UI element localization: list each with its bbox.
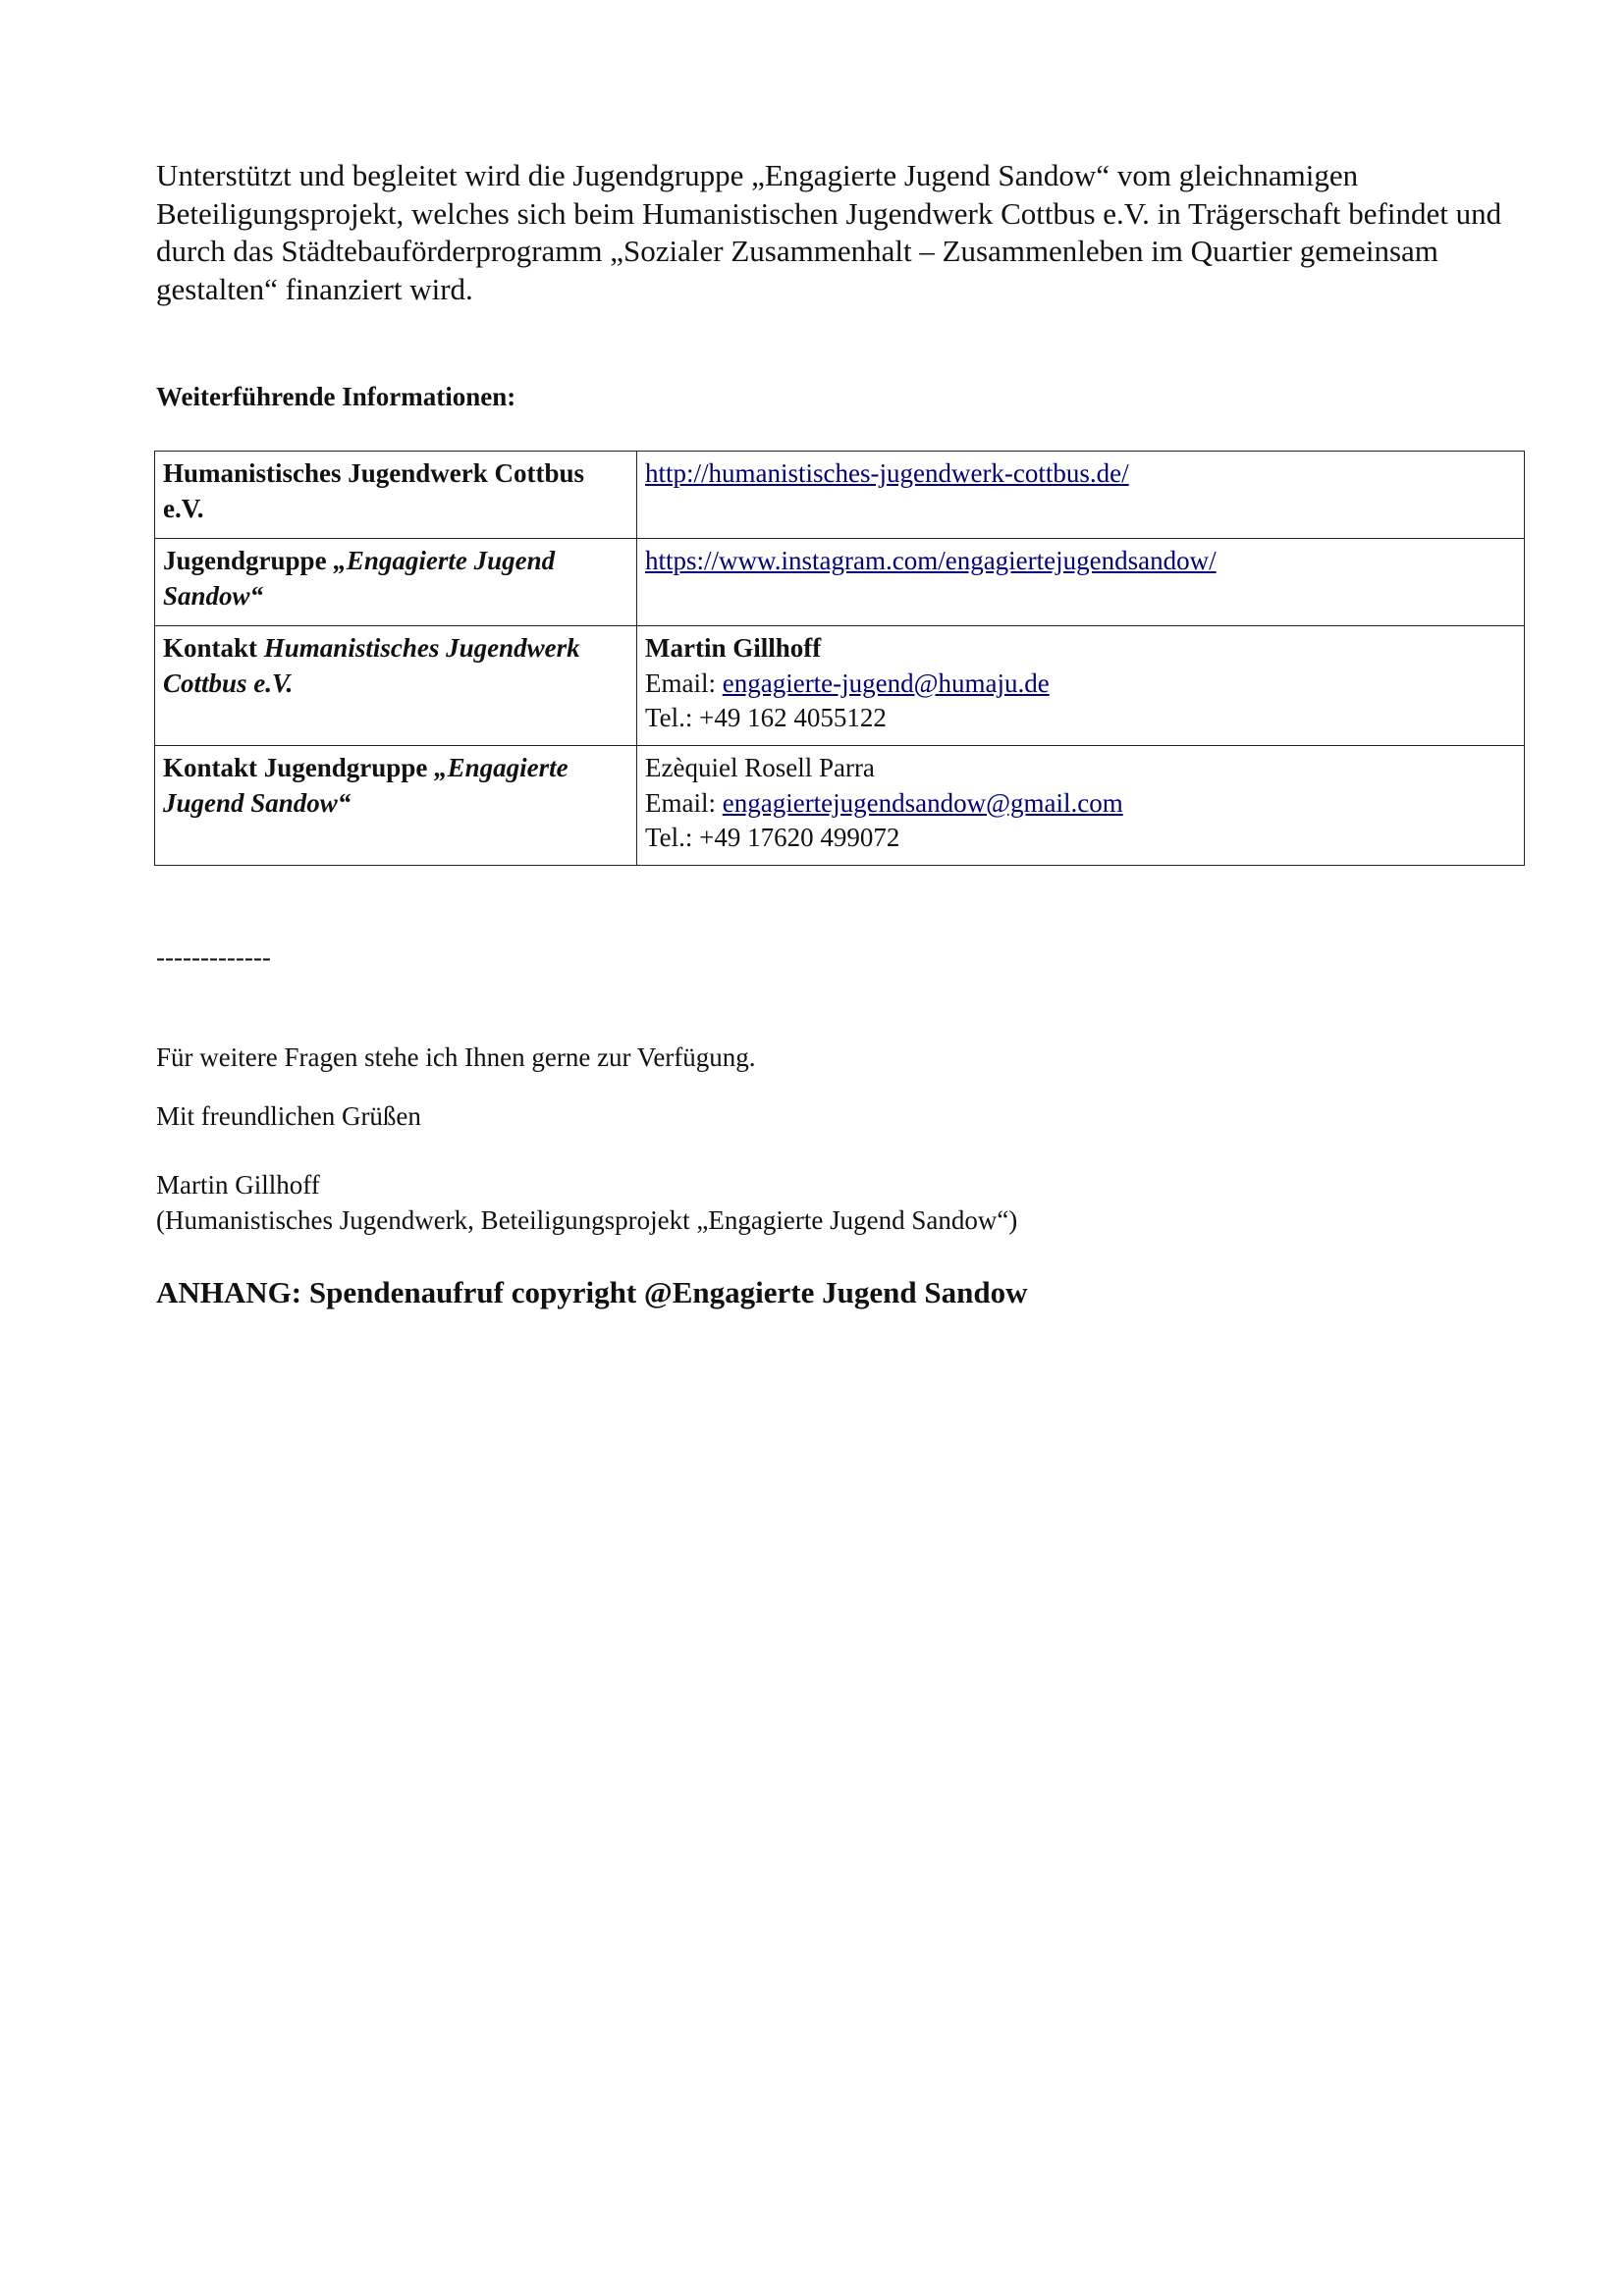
separator-line: ------------- — [156, 942, 271, 973]
section-heading: Weiterführende Informationen: — [156, 382, 515, 412]
questions-text: Für weitere Fragen stehe ich Ihnen gerne… — [156, 1041, 756, 1076]
table-row: Jugendgruppe „Engagierte Jugend Sandow“ … — [155, 539, 1525, 626]
attachment-note: ANHANG: Spendenaufruf copyright @Engagie… — [156, 1275, 1027, 1310]
table-cell-value: http://humanistisches-jugendwerk-cottbus… — [637, 452, 1525, 539]
label-text: Kontakt — [163, 633, 264, 663]
label-text: Humanistisches Jugendwerk Cottbus e.V. — [163, 458, 584, 523]
table-row: Kontakt Jugendgruppe „Engagierte Jugend … — [155, 746, 1525, 866]
email-link[interactable]: engagierte-jugend@humaju.de — [723, 668, 1050, 698]
table-row: Kontakt Humanistisches Jugendwerk Cottbu… — [155, 626, 1525, 746]
website-link[interactable]: http://humanistisches-jugendwerk-cottbus… — [645, 458, 1129, 488]
table-row: Humanistisches Jugendwerk Cottbus e.V. h… — [155, 452, 1525, 539]
email-label: Email: — [645, 668, 723, 698]
signature-name: Martin Gillhoff — [156, 1168, 320, 1203]
greeting-text: Mit freundlichen Grüßen — [156, 1099, 421, 1135]
contact-email-line: Email: engagiertejugendsandow@gmail.com — [645, 786, 1516, 822]
contact-phone: Tel.: +49 17620 499072 — [645, 821, 1516, 856]
table-cell-label: Jugendgruppe „Engagierte Jugend Sandow“ — [155, 539, 637, 626]
instagram-link[interactable]: https://www.instagram.com/engagiertejuge… — [645, 546, 1217, 575]
contact-phone: Tel.: +49 162 4055122 — [645, 701, 1516, 736]
label-text: Kontakt Jugendgruppe — [163, 753, 434, 782]
table-cell-value: Ezèquiel Rosell Parra Email: engagiertej… — [637, 746, 1525, 866]
contact-name: Ezèquiel Rosell Parra — [645, 751, 1516, 786]
contact-name: Martin Gillhoff — [645, 631, 1516, 667]
email-label: Email: — [645, 788, 723, 818]
intro-paragraph: Unterstützt und begleitet wird die Jugen… — [156, 157, 1521, 308]
email-link[interactable]: engagiertejugendsandow@gmail.com — [723, 788, 1123, 818]
table-cell-label: Kontakt Humanistisches Jugendwerk Cottbu… — [155, 626, 637, 746]
table-cell-value: Martin Gillhoff Email: engagierte-jugend… — [637, 626, 1525, 746]
table-cell-label: Kontakt Jugendgruppe „Engagierte Jugend … — [155, 746, 637, 866]
table-cell-label: Humanistisches Jugendwerk Cottbus e.V. — [155, 452, 637, 539]
contact-email-line: Email: engagierte-jugend@humaju.de — [645, 667, 1516, 702]
info-table: Humanistisches Jugendwerk Cottbus e.V. h… — [154, 451, 1525, 866]
label-text: Jugendgruppe — [163, 546, 333, 575]
table-cell-value: https://www.instagram.com/engagiertejuge… — [637, 539, 1525, 626]
signature-org: (Humanistisches Jugendwerk, Beteiligungs… — [156, 1203, 1017, 1239]
